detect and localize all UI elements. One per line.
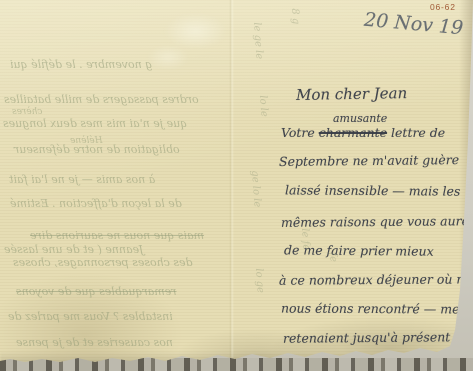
body-line: nous étions rencontré — me: [281, 301, 460, 317]
bleedthrough-vertical-mark: lo le: [257, 95, 269, 117]
body-line: Septembre ne m'avait guère: [279, 152, 459, 169]
bleedthrough-line: que je n'ai mis mes deux longues: [3, 117, 187, 130]
bleedthrough-line: remarquables que de voyons: [16, 285, 177, 298]
correction-pre: Votre: [281, 125, 319, 140]
salutation-line: Mon cher Jean: [296, 84, 408, 104]
body-line: à ce nombreux déjeuner où nous: [279, 271, 473, 287]
date-handwritten: 20 Nov 19: [363, 9, 464, 40]
bleedthrough-vertical-mark: 8 g: [289, 8, 301, 25]
body-line: retenaient jusqu'à présent: [283, 329, 450, 345]
bleedthrough-vertical-mark: lo ge: [253, 268, 266, 293]
strikethrough-word: charmante: [319, 125, 387, 140]
bleedthrough-line: instables ? Vous me parlez de: [8, 310, 173, 323]
bleedthrough-line: à nos amis — je ne l'ai fait: [9, 173, 155, 186]
body-line: laissé insensible — mais les: [285, 182, 460, 198]
bleedthrough-vertical-mark: le fe: [299, 228, 312, 251]
bleedthrough-line: g novembre . le défilé qui: [10, 58, 152, 71]
inserted-word: amusante: [333, 112, 387, 125]
bleedthrough-vertical-mark: ge lo le: [249, 170, 263, 208]
bleedthrough-vertical-mark: le ge le: [251, 22, 265, 60]
bleedthrough-line: des choses personnages, choses: [13, 256, 193, 269]
bleedthrough-line: obligation de notre défenseur: [14, 143, 180, 156]
bleedthrough-line: Jeanne ( et de une lassée: [4, 243, 143, 256]
letter-scan: 06-62 20 Nov 19 Mon cher Jean Votre char…: [0, 0, 473, 371]
bleedthrough-line: de la leçon d'affection . Estimé: [10, 197, 182, 210]
letter-paper: 06-62 20 Nov 19 Mon cher Jean Votre char…: [0, 0, 473, 371]
bleedthrough-vertical-mark: fe: [327, 252, 339, 262]
correction-line: Votre charmante lettre de amusante: [281, 125, 445, 140]
correction-post: lettre de: [387, 125, 445, 140]
bleedthrough-line: nos causeries et de je pense: [16, 336, 173, 349]
bleedthrough-line: chères: [12, 107, 42, 117]
bleedthrough-line: ordres passagers de mille batailles: [4, 93, 199, 106]
scanner-bed-speckle-strip: [0, 358, 473, 371]
bleedthrough-line: mais que nous ne saurions dire: [30, 229, 204, 242]
catalog-number: 06-62: [430, 2, 456, 12]
